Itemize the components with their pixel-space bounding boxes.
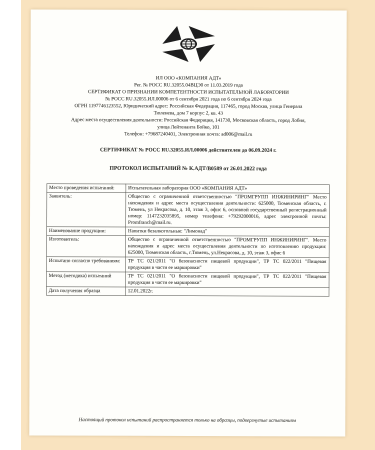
scan-background: ИЛ ООО «КОМПАНИЯ АДТ» Рег. № РОСС RU.320…: [21, 0, 375, 450]
row-label: Изготовитель:: [47, 235, 126, 257]
letterhead-line-contacts: Телефон: +79687240401, Электронная почта…: [67, 131, 310, 139]
pinwheel-globe-icon: [161, 25, 217, 63]
letterhead-line-legal-address: ОГРН 1197746123552, Юридический адрес: Р…: [67, 103, 310, 118]
letterhead-line-activity-address: Адрес места осуществления деятельности: …: [67, 117, 310, 132]
row-label: Дата получения образца: [46, 287, 125, 296]
table-row-tested-according-to: Испытано согласно требованиям: ТР ТС 021…: [47, 257, 330, 273]
letterhead: ИЛ ООО «КОМПАНИЯ АДТ» Рег. № РОСС RU.320…: [67, 75, 310, 139]
row-label: Испытано согласно требованиям:: [47, 257, 126, 272]
footer-disclaimer: Настоящий протокол испытаний распростран…: [57, 417, 317, 424]
row-value: ТР ТС 021/2011 "О безопасности пищевой п…: [126, 272, 330, 288]
row-value: Общество с ограниченной ответственностью…: [126, 193, 330, 228]
table-row-test-method: Метод (методика) испытаний ТР ТС 021/201…: [47, 272, 330, 288]
table-row-manufacturer: Изготовитель: Общество с ограниченной от…: [47, 235, 330, 257]
row-label: Место проведения испытаний:: [47, 184, 126, 193]
table-row-sample-received-date: Дата получения образца 12.01.2022г.: [46, 287, 329, 296]
table-row-applicant: Заявитель: Общество с ограниченной ответ…: [47, 192, 330, 227]
row-label: Наименование продукции:: [47, 227, 126, 236]
row-label: Заявитель:: [47, 192, 126, 227]
company-logo: [31, 9, 347, 63]
document-content: ИЛ ООО «КОМПАНИЯ АДТ» Рег. № РОСС RU.320…: [29, 9, 346, 436]
row-value: 12.01.2022г.: [125, 287, 329, 296]
protocol-info-table: Место проведения испытаний: Испытательна…: [46, 184, 329, 297]
row-value: ТР ТС 021/2011 "О безопасности пищевой п…: [126, 257, 330, 273]
certificate-validity-line: СЕРТИФИКАТ № РОСС RU.32055.ИЛ.00006 дейс…: [48, 147, 328, 154]
row-value: Общество с ограниченной ответственностью…: [126, 236, 330, 258]
row-label: Метод (методика) испытаний: [47, 272, 126, 287]
protocol-title: ПРОТОКОЛ ИСПЫТАНИЙ № К.АДТ/В0589 от 26.0…: [48, 165, 328, 172]
document-page: ИЛ ООО «КОМПАНИЯ АДТ» Рег. № РОСС RU.320…: [29, 9, 346, 436]
